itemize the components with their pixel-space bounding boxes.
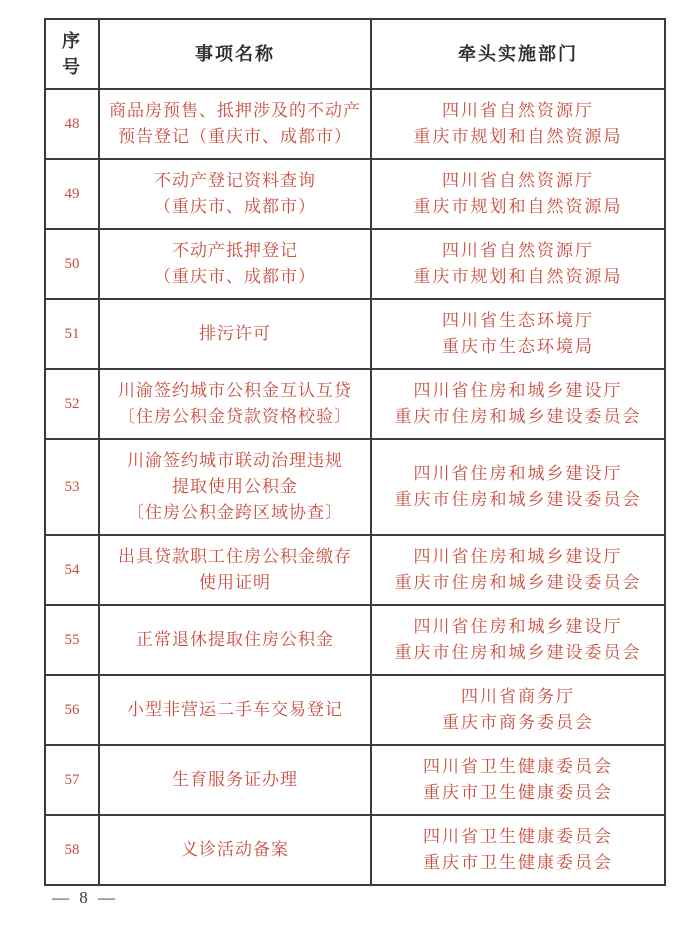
- row-number-cell: 50: [45, 229, 99, 299]
- item-name-cell: 小型非营运二手车交易登记: [99, 675, 371, 745]
- item-name-cell: 不动产抵押登记 （重庆市、成都市）: [99, 229, 371, 299]
- item-name-cell: 不动产登记资料查询 （重庆市、成都市）: [99, 159, 371, 229]
- department-cell: 四川省卫生健康委员会 重庆市卫生健康委员会: [371, 745, 665, 815]
- table-row: 58义诊活动备案四川省卫生健康委员会 重庆市卫生健康委员会: [45, 815, 665, 885]
- table-body: 48商品房预售、抵押涉及的不动产 预告登记（重庆市、成都市）四川省自然资源厅 重…: [45, 89, 665, 885]
- department-cell: 四川省自然资源厅 重庆市规划和自然资源局: [371, 159, 665, 229]
- table-row: 57生育服务证办理四川省卫生健康委员会 重庆市卫生健康委员会: [45, 745, 665, 815]
- table-row: 48商品房预售、抵押涉及的不动产 预告登记（重庆市、成都市）四川省自然资源厅 重…: [45, 89, 665, 159]
- item-name-cell: 出具贷款职工住房公积金缴存 使用证明: [99, 535, 371, 605]
- table-row: 52川渝签约城市公积金互认互贷 〔住房公积金贷款资格校验〕四川省住房和城乡建设厅…: [45, 369, 665, 439]
- item-name-cell: 川渝签约城市联动治理违规 提取使用公积金 〔住房公积金跨区域协查〕: [99, 439, 371, 535]
- table-row: 56小型非营运二手车交易登记四川省商务厅 重庆市商务委员会: [45, 675, 665, 745]
- department-cell: 四川省自然资源厅 重庆市规划和自然资源局: [371, 89, 665, 159]
- header-index: 序 号: [45, 19, 99, 89]
- item-name-cell: 义诊活动备案: [99, 815, 371, 885]
- document-page: 序 号 事项名称 牵头实施部门 48商品房预售、抵押涉及的不动产 预告登记（重庆…: [0, 0, 696, 934]
- item-name-cell: 正常退休提取住房公积金: [99, 605, 371, 675]
- department-cell: 四川省住房和城乡建设厅 重庆市住房和城乡建设委员会: [371, 605, 665, 675]
- table-row: 55正常退休提取住房公积金四川省住房和城乡建设厅 重庆市住房和城乡建设委员会: [45, 605, 665, 675]
- item-name-cell: 生育服务证办理: [99, 745, 371, 815]
- department-cell: 四川省住房和城乡建设厅 重庆市住房和城乡建设委员会: [371, 535, 665, 605]
- item-name-cell: 商品房预售、抵押涉及的不动产 预告登记（重庆市、成都市）: [99, 89, 371, 159]
- row-number-cell: 58: [45, 815, 99, 885]
- items-table: 序 号 事项名称 牵头实施部门 48商品房预售、抵押涉及的不动产 预告登记（重庆…: [44, 18, 666, 886]
- table-row: 54出具贷款职工住房公积金缴存 使用证明四川省住房和城乡建设厅 重庆市住房和城乡…: [45, 535, 665, 605]
- row-number-cell: 55: [45, 605, 99, 675]
- row-number-cell: 54: [45, 535, 99, 605]
- item-name-cell: 川渝签约城市公积金互认互贷 〔住房公积金贷款资格校验〕: [99, 369, 371, 439]
- row-number-cell: 56: [45, 675, 99, 745]
- row-number-cell: 52: [45, 369, 99, 439]
- row-number-cell: 51: [45, 299, 99, 369]
- table-row: 51排污许可四川省生态环境厅 重庆市生态环境局: [45, 299, 665, 369]
- department-cell: 四川省自然资源厅 重庆市规划和自然资源局: [371, 229, 665, 299]
- page-number: — 8 —: [52, 888, 118, 908]
- department-cell: 四川省生态环境厅 重庆市生态环境局: [371, 299, 665, 369]
- item-name-cell: 排污许可: [99, 299, 371, 369]
- department-cell: 四川省商务厅 重庆市商务委员会: [371, 675, 665, 745]
- table-row: 50不动产抵押登记 （重庆市、成都市）四川省自然资源厅 重庆市规划和自然资源局: [45, 229, 665, 299]
- department-cell: 四川省住房和城乡建设厅 重庆市住房和城乡建设委员会: [371, 439, 665, 535]
- table-header-row: 序 号 事项名称 牵头实施部门: [45, 19, 665, 89]
- row-number-cell: 57: [45, 745, 99, 815]
- table-header: 序 号 事项名称 牵头实施部门: [45, 19, 665, 89]
- header-department: 牵头实施部门: [371, 19, 665, 89]
- table-row: 49不动产登记资料查询 （重庆市、成都市）四川省自然资源厅 重庆市规划和自然资源…: [45, 159, 665, 229]
- row-number-cell: 48: [45, 89, 99, 159]
- department-cell: 四川省住房和城乡建设厅 重庆市住房和城乡建设委员会: [371, 369, 665, 439]
- table-row: 53川渝签约城市联动治理违规 提取使用公积金 〔住房公积金跨区域协查〕四川省住房…: [45, 439, 665, 535]
- department-cell: 四川省卫生健康委员会 重庆市卫生健康委员会: [371, 815, 665, 885]
- row-number-cell: 53: [45, 439, 99, 535]
- header-item-name: 事项名称: [99, 19, 371, 89]
- row-number-cell: 49: [45, 159, 99, 229]
